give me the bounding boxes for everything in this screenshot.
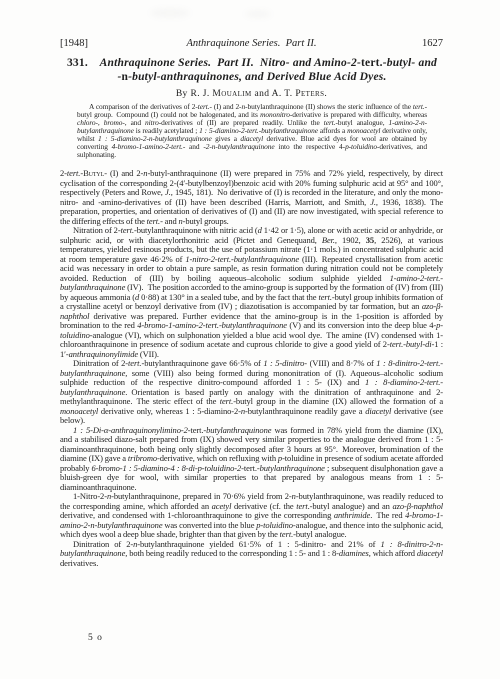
scan-smudge bbox=[150, 8, 190, 18]
body-paragraph: 1 : 5-Di-α-anthraquinonylimino-2-tert.-b… bbox=[60, 426, 443, 493]
article-abstract: A comparison of the derivatives of 2-ter… bbox=[77, 103, 427, 159]
article-title: 331. Anthraquinone Series. Part II. Nitr… bbox=[64, 56, 440, 84]
journal-page: [1948] Anthraquinone Series. Part II. 16… bbox=[0, 0, 500, 679]
body-paragraph: Dinitration of 2-tert.-butylanthraquinon… bbox=[60, 359, 443, 426]
page-header: [1948] Anthraquinone Series. Part II. 16… bbox=[60, 37, 443, 51]
article-body: 2-tert.-Butyl- (I) and 2-n-butyl-anthraq… bbox=[60, 169, 443, 568]
body-paragraph: Dinitration of 2-n-butylanthraquinone yi… bbox=[60, 540, 443, 569]
header-running-title: Anthraquinone Series. Part II. bbox=[60, 37, 443, 50]
body-paragraph: 1-Nitro-2-n-butylanthraquinone, prepared… bbox=[60, 492, 443, 540]
scan-smudge bbox=[245, 10, 271, 18]
body-paragraph: Nitration of 2-tert.-butylanthraquinone … bbox=[60, 226, 443, 359]
header-page-number: 1627 bbox=[422, 37, 443, 50]
body-paragraph: 2-tert.-Butyl- (I) and 2-n-butyl-anthraq… bbox=[60, 169, 443, 226]
article-byline: By R. J. Moualim and A. T. Peters. bbox=[60, 89, 443, 99]
printers-signature-mark: 5 o bbox=[88, 633, 103, 643]
